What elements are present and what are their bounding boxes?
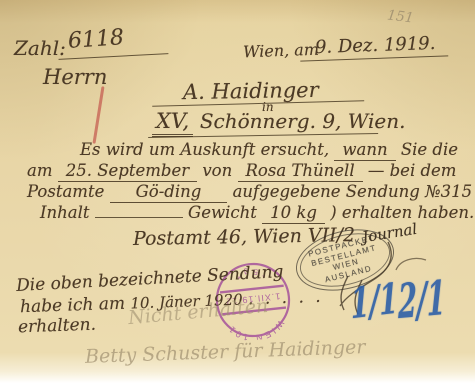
sender-name: Rosa Thünell [238, 161, 363, 182]
body-l3-pre: Postamte [27, 182, 104, 201]
body-line-3: Postamte Gö-ding aufgegebene Sendung №31… [27, 182, 472, 201]
body-l1-emphasis: wann [334, 140, 395, 161]
body-l2-pre: am [27, 161, 52, 180]
folio-number: 151 [386, 7, 414, 26]
body-line-4: Inhalt Gewicht 10 kg ) erhalten haben. [40, 203, 474, 222]
body-line-1: Es wird um Auskunft ersucht, wann Sie di… [80, 140, 458, 159]
blue-crayon-mark-1: 1/1 [350, 275, 399, 329]
body-l4-mid: Gewicht [188, 203, 257, 222]
red-crayon-mark [92, 86, 104, 144]
body-l4-pre: Inhalt [40, 203, 90, 222]
salutation: Herrn [43, 65, 107, 89]
mailing-date: 25. September [58, 161, 197, 182]
body-l2-mid: von [202, 161, 232, 180]
reply-l2-pre: habe ich am [20, 294, 126, 318]
body-l3-post: aufgegebene Sendung №315 [233, 182, 473, 201]
weight-value: 10 kg [262, 203, 325, 224]
post-office-name: Gö-ding [110, 182, 228, 203]
blue-hook-stroke [390, 256, 430, 280]
address-underline [148, 117, 378, 138]
body-l2-post: — bei dem [368, 161, 457, 180]
scanned-document: 151 Zahl: 6118 Wien, am 9. Dez. 1919. He… [0, 0, 475, 383]
blue-crayon-mark-2: 2/1 [398, 272, 446, 331]
pencil-signature: Betty Schuster für Haidinger [85, 336, 366, 368]
body-line-2: am 25. September von Rosa Thünell — bei … [27, 161, 456, 180]
reply-line-3: erhalten. [18, 315, 97, 338]
body-l1-post: Sie die [401, 140, 458, 159]
body-l4-post: ) erhalten haben. [330, 203, 474, 222]
body-l1-pre: Es wird um Auskunft ersucht, [80, 140, 329, 159]
content-blank [95, 203, 183, 218]
